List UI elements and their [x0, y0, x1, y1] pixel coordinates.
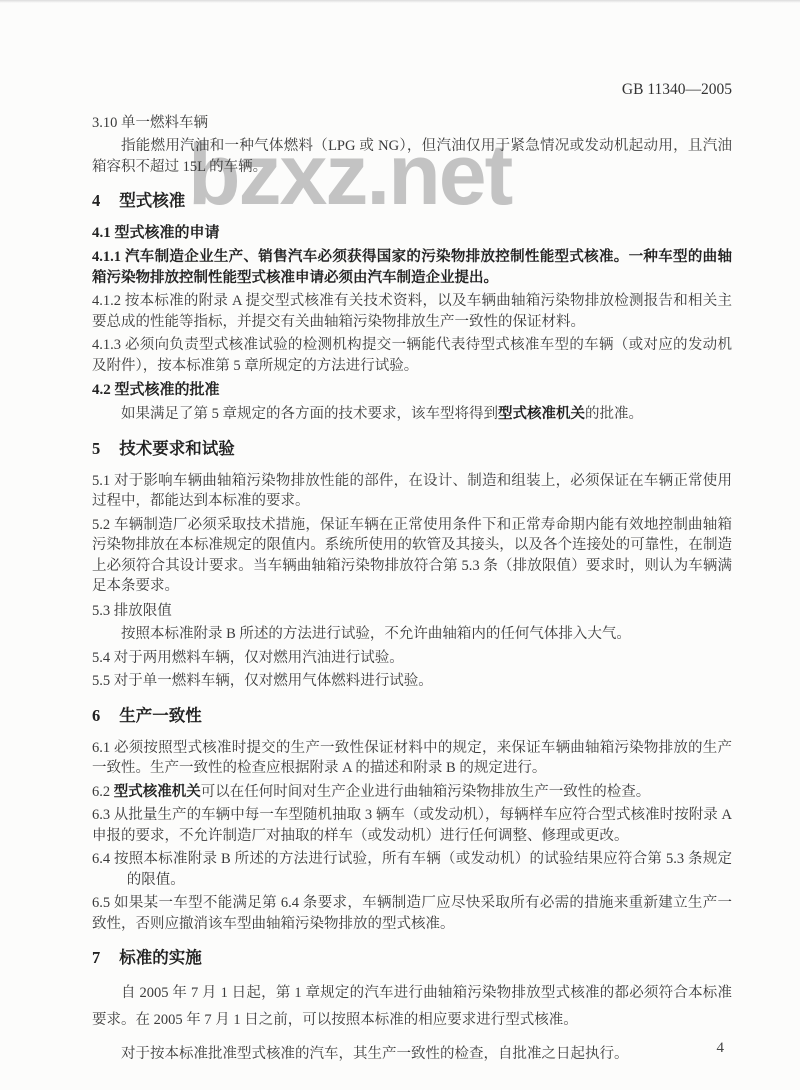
- text-segment: 5.4 对于两用燃料车辆，仅对燃用汽油进行试验。: [92, 650, 404, 666]
- text-segment: 自 2005 年 7 月 1 日起，第 1 章规定的汽车进行曲轴箱污染物排放型式…: [92, 985, 732, 1028]
- text-segment: 可以在任何时间对生产企业进行曲轴箱污染物排放生产一致性的检查。: [201, 784, 651, 800]
- subheading-4-2: 4.2 型式核准的批准: [92, 380, 732, 401]
- para-6-3: 6.3 从批量生产的车辆中每一车型随机抽取 3 辆车（或发动机），每辆样车应符合…: [92, 805, 732, 846]
- chapter-number: 7: [92, 947, 100, 969]
- chapter-title: 标准的实施: [119, 948, 202, 967]
- text-segment: 6.1 必须按照型式核准时提交的生产一致性保证材料中的规定，来保证车辆曲轴箱污染…: [92, 740, 732, 777]
- text-segment: 对于按本标准批准型式核准的汽车，其生产一致性的检查，自批准之日起执行。: [121, 1046, 629, 1062]
- text-segment: 6.2: [92, 784, 114, 800]
- para-4-1-1: 4.1.1 汽车制造企业生产、销售汽车必须获得国家的污染物排放控制性能型式核准。…: [92, 247, 732, 288]
- para-6-5: 6.5 如果某一车型不能满足第 6.4 条要求，车辆制造厂应尽快采取所有必需的措…: [92, 893, 732, 934]
- text-segment: 6.3 从批量生产的车辆中每一车型随机抽取 3 辆车（或发动机），每辆样车应符合…: [92, 807, 732, 844]
- chapter-number: 5: [92, 438, 100, 460]
- text-segment: 指能燃用汽油和一种气体燃料（LPG 或 NG），但汽油仅用于紧急情况或发动机起动…: [92, 138, 732, 175]
- chapter-number: 4: [92, 190, 100, 212]
- document-body: 3.10 单一燃料车辆指能燃用汽油和一种气体燃料（LPG 或 NG），但汽油仅用…: [92, 113, 732, 1069]
- text-segment: 6.5 如果某一车型不能满足第 6.4 条要求，车辆制造厂应尽快采取所有必需的措…: [92, 895, 732, 932]
- text-segment: 如果满足了第 5 章规定的各方面的技术要求，该车型将得到: [121, 406, 498, 422]
- chapter-5: 5技术要求和试验: [92, 438, 732, 460]
- text-segment: 5.2 车辆制造厂必须采取技术措施，保证车辆在正常使用条件下和正常寿命期内能有效…: [92, 517, 732, 595]
- subheading-4-1: 4.1 型式核准的申请: [92, 223, 732, 244]
- chapter-title: 技术要求和试验: [119, 439, 235, 458]
- clause-3-10: 3.10 单一燃料车辆: [92, 113, 732, 134]
- chapter-number: 6: [92, 705, 100, 727]
- text-segment: 5.1 对于影响车辆曲轴箱污染物排放性能的部件，在设计、制造和组装上，必须保证在…: [92, 473, 732, 510]
- page-number: 4: [717, 1040, 725, 1057]
- para-6-4: 6.4 按照本标准附录 B 所述的方法进行试验，所有车辆（或发动机）的试验结果应…: [92, 849, 732, 890]
- chapter-7: 7标准的实施: [92, 947, 732, 969]
- text-segment: 4.1.3 必须向负责型式核准试验的检测机构提交一辆能代表待型式核准车型的车辆（…: [92, 337, 732, 374]
- para-5-4: 5.4 对于两用燃料车辆，仅对燃用汽油进行试验。: [92, 648, 732, 669]
- document-content: GB 11340—2005 3.10 单一燃料车辆指能燃用汽油和一种气体燃料（L…: [92, 80, 732, 1068]
- chapter-6: 6生产一致性: [92, 705, 732, 727]
- para-7-impl-1: 自 2005 年 7 月 1 日起，第 1 章规定的汽车进行曲轴箱污染物排放型式…: [92, 980, 732, 1034]
- text-segment: 6.4 按照本标准附录 B 所述的方法进行试验，所有车辆（或发动机）的试验结果应…: [92, 851, 732, 888]
- text-segment: 型式核准机关: [114, 784, 201, 800]
- para-5-1: 5.1 对于影响车辆曲轴箱污染物排放性能的部件，在设计、制造和组装上，必须保证在…: [92, 471, 732, 512]
- chapter-4: 4型式核准: [92, 190, 732, 212]
- text-segment: 4.1.2 按本标准的附录 A 提交型式核准有关技术资料，以及车辆曲轴箱污染物排…: [92, 293, 732, 330]
- clause-5-3: 5.3 排放限值: [92, 601, 732, 622]
- para-3-10-def: 指能燃用汽油和一种气体燃料（LPG 或 NG），但汽油仅用于紧急情况或发动机起动…: [92, 136, 732, 177]
- para-6-1: 6.1 必须按照型式核准时提交的生产一致性保证材料中的规定，来保证车辆曲轴箱污染…: [92, 738, 732, 779]
- chapter-title: 型式核准: [119, 191, 185, 210]
- para-6-2: 6.2 型式核准机关可以在任何时间对生产企业进行曲轴箱污染物排放生产一致性的检查…: [92, 782, 732, 803]
- para-4-2-body: 如果满足了第 5 章规定的各方面的技术要求，该车型将得到型式核准机关的批准。: [92, 404, 732, 425]
- text-segment: 型式核准机关: [498, 406, 585, 422]
- para-4-1-2: 4.1.2 按本标准的附录 A 提交型式核准有关技术资料，以及车辆曲轴箱污染物排…: [92, 291, 732, 332]
- para-5-3-body: 按照本标准附录 B 所述的方法进行试验，不允许曲轴箱内的任何气体排入大气。: [92, 624, 732, 645]
- chapter-title: 生产一致性: [119, 706, 202, 725]
- text-segment: 按照本标准附录 B 所述的方法进行试验，不允许曲轴箱内的任何气体排入大气。: [121, 626, 631, 642]
- para-4-1-3: 4.1.3 必须向负责型式核准试验的检测机构提交一辆能代表待型式核准车型的车辆（…: [92, 335, 732, 376]
- document-page: bzxz.net GB 11340—2005 3.10 单一燃料车辆指能燃用汽油…: [0, 0, 800, 1090]
- standard-number-header: GB 11340—2005: [92, 80, 732, 101]
- text-segment: 的批准。: [585, 406, 643, 422]
- para-5-2: 5.2 车辆制造厂必须采取技术措施，保证车辆在正常使用条件下和正常寿命期内能有效…: [92, 515, 732, 597]
- text-segment: 5.5 对于单一燃料车辆，仅对燃用气体燃料进行试验。: [92, 673, 433, 689]
- para-5-5: 5.5 对于单一燃料车辆，仅对燃用气体燃料进行试验。: [92, 671, 732, 692]
- para-7-impl-2: 对于按本标准批准型式核准的汽车，其生产一致性的检查，自批准之日起执行。: [92, 1041, 732, 1068]
- text-segment: 4.1.1 汽车制造企业生产、销售汽车必须获得国家的污染物排放控制性能型式核准。…: [92, 249, 732, 286]
